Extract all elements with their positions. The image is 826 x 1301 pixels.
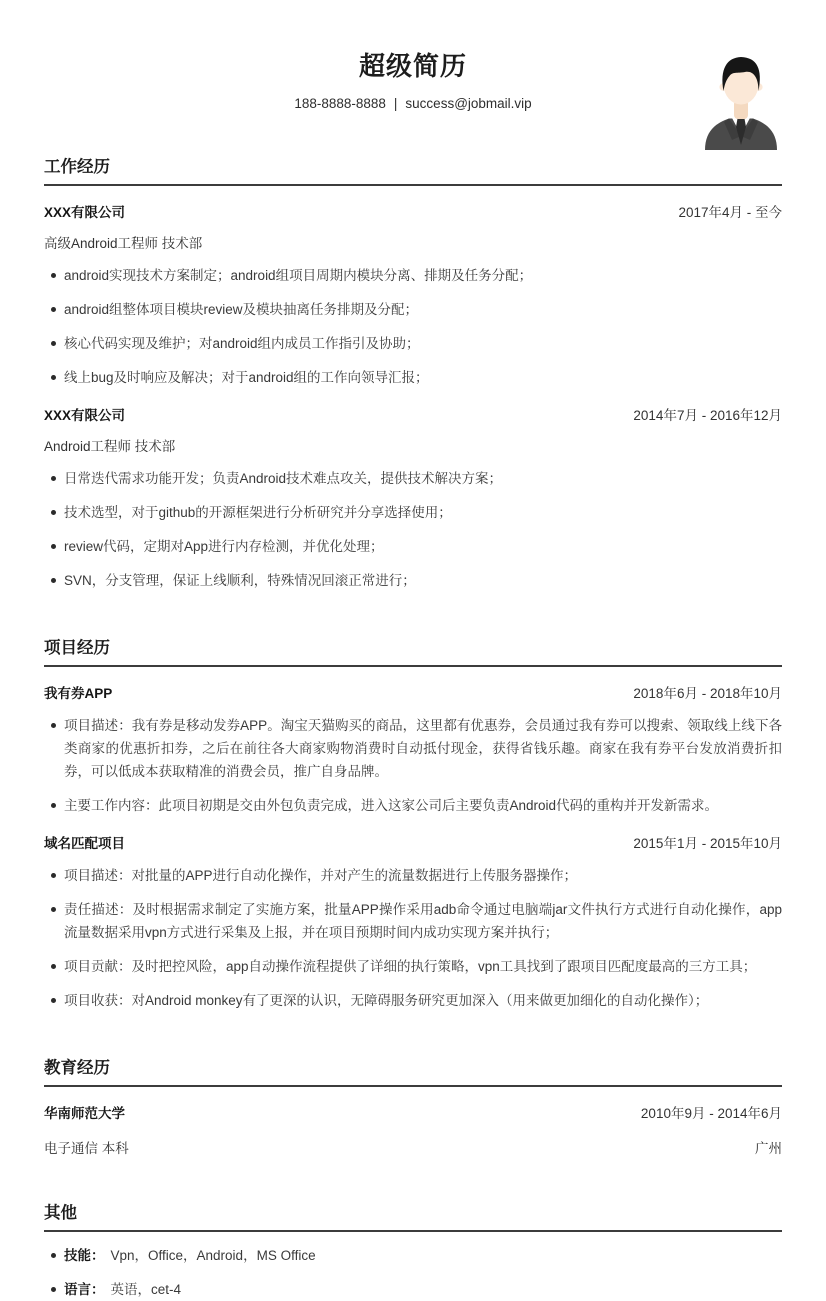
resume-header: 超级简历 188-8888-8888|success@jobmail.vip	[44, 46, 782, 111]
bullet-item: 项目收获：对Android monkey有了更深的认识，无障碍服务研究更加深入（…	[64, 989, 782, 1012]
contact-separator: |	[394, 96, 398, 111]
page-title: 超级简历	[44, 46, 782, 83]
work-entry-head: XXX有限公司 2014年7月 - 2016年12月	[44, 404, 782, 424]
company-name: XXX有限公司	[44, 201, 125, 221]
resume-page: 超级简历 188-8888-8888|success@jobmail.vip	[0, 0, 826, 1169]
work-entry: XXX有限公司 2014年7月 - 2016年12月 Android工程师 技术…	[44, 404, 782, 592]
project-name: 域名匹配项目	[44, 832, 125, 852]
bullet-item: SVN，分支管理，保证上线顺利，特殊情况回滚正常进行；	[64, 569, 782, 592]
section-title-work: 工作经历	[44, 153, 782, 186]
other-value: 英语，cet-4	[111, 1282, 182, 1297]
bullet-item: 主要工作内容：此项目初期是交由外包负责完成，进入这家公司后主要负责Android…	[64, 794, 782, 817]
section-projects: 项目经历 我有券APP 2018年6月 - 2018年10月 项目描述：我有券是…	[44, 634, 782, 1012]
bullet-item: android实现技术方案制定；android组项目周期内模块分离、排期及任务分…	[64, 264, 782, 287]
other-label: 技能：	[64, 1248, 105, 1263]
bullet-item: 日常迭代需求功能开发；负责Android技术难点攻关，提供技术解决方案；	[64, 467, 782, 490]
bullet-list: 日常迭代需求功能开发；负责Android技术难点攻关，提供技术解决方案； 技术选…	[44, 467, 782, 592]
bullet-item: review代码，定期对App进行内存检测，并优化处理；	[64, 535, 782, 558]
education-date: 2010年9月 - 2014年6月	[641, 1102, 782, 1122]
work-entry-head: XXX有限公司 2017年4月 - 至今	[44, 201, 782, 221]
bullet-item: 线上bug及时响应及解决；对于android组的工作向领导汇报；	[64, 366, 782, 389]
bullet-item: android组整体项目模块review及模块抽离任务排期及分配；	[64, 298, 782, 321]
bullet-item: 项目描述：我有券是移动发券APP。淘宝天猫购买的商品，这里都有优惠券，会员通过我…	[64, 714, 782, 783]
section-title-projects: 项目经历	[44, 634, 782, 667]
bullet-list: 技能：Vpn，Office，Android，MS Office 语言：英语，ce…	[44, 1244, 782, 1301]
contact-line: 188-8888-8888|success@jobmail.vip	[44, 96, 782, 111]
company-name: XXX有限公司	[44, 404, 125, 424]
entry-date: 2018年6月 - 2018年10月	[633, 682, 782, 702]
role-title: Android工程师 技术部	[44, 435, 782, 455]
bullet-list: 项目描述：我有券是移动发券APP。淘宝天猫购买的商品，这里都有优惠券，会员通过我…	[44, 714, 782, 817]
bullet-list: android实现技术方案制定；android组项目周期内模块分离、排期及任务分…	[44, 264, 782, 389]
project-entry: 域名匹配项目 2015年1月 - 2015年10月 项目描述：对批量的APP进行…	[44, 832, 782, 1012]
bullet-list: 项目描述：对批量的APP进行自动化操作，并对产生的流量数据进行上传服务器操作； …	[44, 864, 782, 1012]
role-title: 高级Android工程师 技术部	[44, 232, 782, 252]
education-row: 华南师范大学 2010年9月 - 2014年6月	[44, 1102, 782, 1122]
bullet-item: 核心代码实现及维护；对android组内成员工作指引及协助；	[64, 332, 782, 355]
work-entry: XXX有限公司 2017年4月 - 至今 高级Android工程师 技术部 an…	[44, 201, 782, 389]
email-address: success@jobmail.vip	[405, 96, 531, 111]
other-item: 技能：Vpn，Office，Android，MS Office	[64, 1244, 782, 1267]
entry-date: 2015年1月 - 2015年10月	[633, 832, 782, 852]
bullet-item: 技术选型，对于github的开源框架进行分析研究并分享选择使用；	[64, 501, 782, 524]
other-item: 语言：英语，cet-4	[64, 1278, 782, 1301]
section-title-other: 其他	[44, 1199, 782, 1232]
project-entry-head: 我有券APP 2018年6月 - 2018年10月	[44, 682, 782, 702]
project-entry-head: 域名匹配项目 2015年1月 - 2015年10月	[44, 832, 782, 852]
section-title-education: 教育经历	[44, 1054, 782, 1087]
bullet-item: 责任描述：及时根据需求制定了实施方案，批量APP操作采用adb命令通过电脑端ja…	[64, 898, 782, 944]
avatar	[696, 46, 786, 150]
section-work: 工作经历 XXX有限公司 2017年4月 - 至今 高级Android工程师 技…	[44, 153, 782, 592]
major-degree: 电子通信 本科	[44, 1137, 129, 1157]
project-entry: 我有券APP 2018年6月 - 2018年10月 项目描述：我有券是移动发券A…	[44, 682, 782, 817]
other-value: Vpn，Office，Android，MS Office	[111, 1248, 316, 1263]
school-name: 华南师范大学	[44, 1102, 125, 1122]
section-other: 其他 技能：Vpn，Office，Android，MS Office 语言：英语…	[44, 1199, 782, 1301]
other-label: 语言：	[64, 1282, 105, 1297]
entry-date: 2017年4月 - 至今	[678, 201, 782, 221]
education-location: 广州	[755, 1137, 782, 1157]
male-avatar-icon	[696, 46, 786, 150]
project-name: 我有券APP	[44, 682, 112, 702]
education-row: 电子通信 本科 广州	[44, 1137, 782, 1157]
entry-date: 2014年7月 - 2016年12月	[633, 404, 782, 424]
section-education: 教育经历 华南师范大学 2010年9月 - 2014年6月 电子通信 本科 广州	[44, 1054, 782, 1157]
bullet-item: 项目描述：对批量的APP进行自动化操作，并对产生的流量数据进行上传服务器操作；	[64, 864, 782, 887]
bullet-item: 项目贡献：及时把控风险，app自动操作流程提供了详细的执行策略，vpn工具找到了…	[64, 955, 782, 978]
phone-number: 188-8888-8888	[294, 96, 386, 111]
